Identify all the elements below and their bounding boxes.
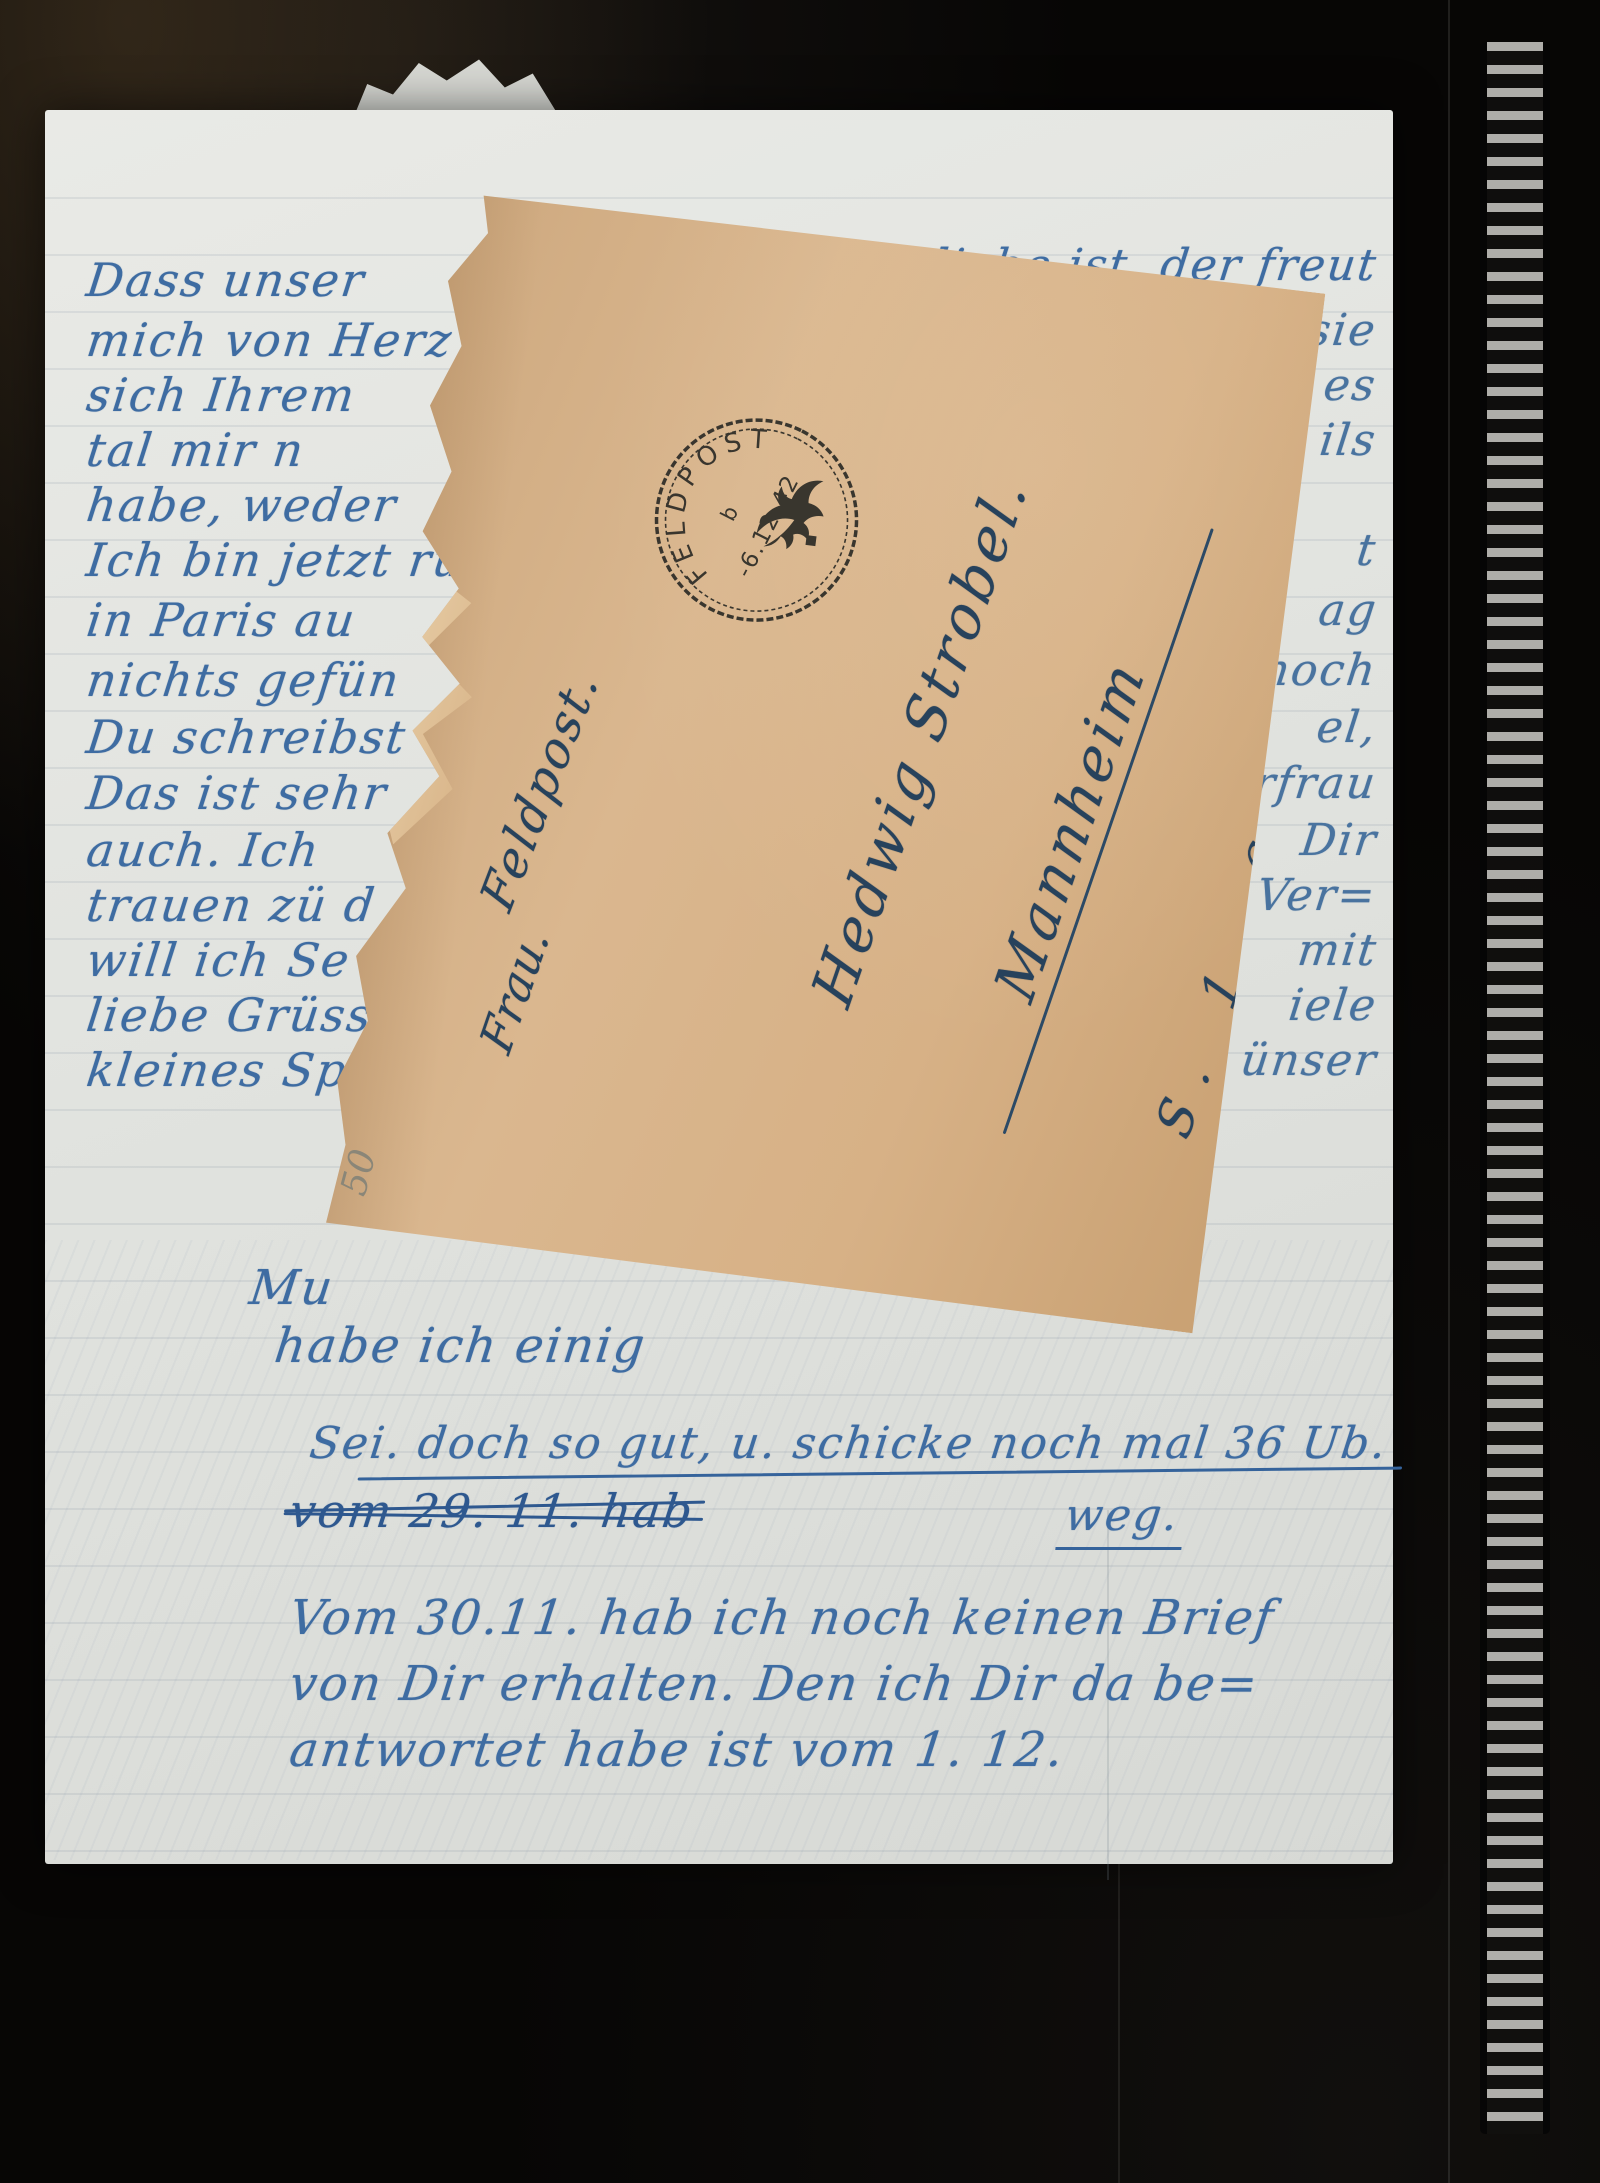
letter-line: liebe Grüss (84, 988, 376, 1042)
letter-line: Das ist sehr (84, 766, 391, 820)
letter-line-fragment: Ver= (1254, 870, 1380, 921)
letter-line: auch. Ich (84, 823, 324, 877)
letter-paragraph-line: Vom 30.11. hab ich noch keinen Brief (287, 1590, 1279, 1646)
struck-text: vom 29. 11. hab (287, 1484, 698, 1538)
letter-request-line: Sei. doch so gut, u. schicke noch mal 36… (307, 1418, 1391, 1469)
letter-line-fragment: ünser (1238, 1035, 1381, 1086)
feldpost-postmark-stamp: FELDPOST b -6.12.42 (609, 372, 905, 668)
letter-line-fragment: Mu (247, 1260, 338, 1316)
letter-line: Du schreibst (84, 710, 410, 764)
envelope-shading (312, 185, 1325, 1334)
letter-line: mich von Herz (84, 313, 456, 367)
feldpost-envelope: FELDPOST b -6.12.42 Feldpost. 50 Frau. H… (312, 185, 1325, 1334)
address-salutation: Frau. (469, 919, 559, 1061)
letter-line: nichts gefün (84, 653, 404, 707)
letter-line-fragment: el, (1314, 702, 1380, 753)
letter-line-fragment: Dir (1297, 815, 1380, 866)
request-text: Sei. doch so gut, u. schicke noch mal 36… (307, 1418, 1391, 1469)
letter-line: Dass unser (84, 253, 369, 307)
letter-line: in Paris au (84, 593, 360, 647)
letter-line: trauen zü d (84, 878, 380, 932)
letter-line-fragment: ag (1315, 585, 1380, 636)
letter-line-fragment: es (1321, 360, 1380, 411)
letter-line: habe, weder (84, 478, 401, 532)
letter-line-fragment: iele (1286, 980, 1380, 1031)
letter-line-fragment: ils (1317, 415, 1380, 466)
letter-paragraph-line: antwortet habe ist vom 1. 12. (287, 1722, 1069, 1778)
letter-line-fragment: habe ich einig (272, 1318, 650, 1374)
letter-line: will ich Se (84, 933, 354, 987)
sleeve-seam-highlight (1448, 0, 1450, 2183)
handwritten-feldpost-label: Feldpost. (470, 660, 610, 920)
letter-line: Ich bin jetzt rü (84, 533, 468, 587)
sleeve-crease-highlight (1118, 1858, 1120, 2183)
letter-corrected-line: vom 29. 11. hab weg. (287, 1484, 1294, 1538)
letter-line-fragment: t (1354, 525, 1380, 576)
postmark-code-letter: b (716, 502, 743, 525)
album-page: Dass unser mich von Herz sich Ihrem tal … (0, 0, 1600, 2183)
letter-line: tal mir n (84, 423, 308, 477)
address-city: Mannheim (982, 648, 1159, 1012)
postmark-graphic: FELDPOST b -6.12.42 (609, 372, 905, 668)
letter-line: sich Ihrem (84, 368, 360, 422)
underlined-word: weg. (1055, 1490, 1188, 1550)
sleeve-comb-binding (1480, 42, 1550, 2134)
letter-line-fragment: mit (1294, 925, 1380, 976)
letter-paragraph-line: von Dir erhalten. Den ich Dir da be= (287, 1656, 1263, 1712)
